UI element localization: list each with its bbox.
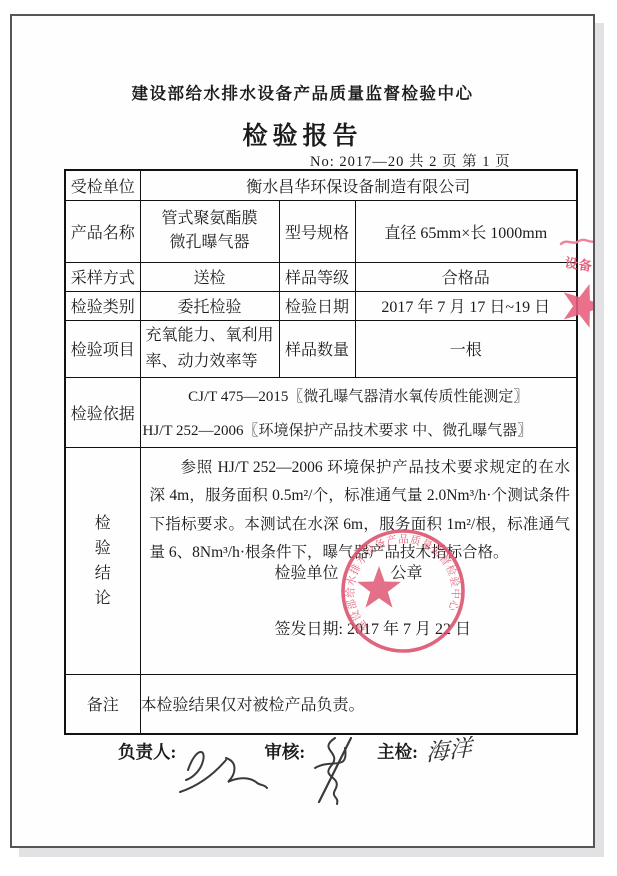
- page-edge-stamp: 设备: [557, 236, 595, 354]
- grade-value: 合格品: [355, 262, 577, 291]
- signature-line: 负责人: 审核: 主检: 海洋: [118, 734, 472, 780]
- table-row: 采样方式 送检 样品等级 合格品: [65, 262, 577, 291]
- basis-label: 检验依据: [65, 377, 140, 447]
- basis-line2: HJ/T 252—2006〖环境保护产品技术要求 中、微孔曝气器〗: [141, 419, 577, 440]
- category-label: 检验类别: [65, 291, 140, 320]
- table-row: 受检单位 衡水昌华环保设备制造有限公司: [65, 170, 577, 200]
- review-signature-icon: [305, 732, 361, 810]
- product-name-value: 管式聚氨酯膜 微孔曝气器: [140, 200, 279, 262]
- chief-signature: 海洋: [426, 731, 472, 771]
- inspection-unit-line: 检验单位公章: [275, 560, 423, 583]
- chief-label: 主检:: [377, 734, 418, 770]
- responsible-label: 负责人:: [118, 734, 176, 770]
- product-name-label: 产品名称: [65, 200, 140, 262]
- category-value: 委托检验: [140, 291, 279, 320]
- spec-label: 型号规格: [279, 200, 355, 262]
- date-value: 2017 年 7 月 17 日~19 日: [355, 291, 577, 320]
- issue-date-line: 签发日期: 2017 年 7 月 22 日: [275, 616, 471, 639]
- spec-value: 直径 65mm×长 1000mm: [355, 200, 577, 262]
- inspected-unit-label: 受检单位: [65, 170, 140, 200]
- sampling-label: 采样方式: [65, 262, 140, 291]
- quantity-label: 样品数量: [279, 320, 355, 377]
- table-row: 检验结论 参照 HJ/T 252—2006 环境保护产品技术要求规定的在水深 4…: [65, 447, 577, 674]
- conclusion-paragraph: 参照 HJ/T 252—2006 环境保护产品技术要求规定的在水深 4m，服务面…: [141, 448, 577, 568]
- items-label: 检验项目: [65, 320, 140, 377]
- seal-note: 公章: [391, 565, 423, 582]
- basis-value: CJ/T 475—2015〖微孔曝气器清水氧传质性能测定〗 HJ/T 252—2…: [140, 377, 577, 447]
- conclusion-cell: 参照 HJ/T 252—2006 环境保护产品技术要求规定的在水深 4m，服务面…: [140, 447, 577, 674]
- report-number: No: 2017—20 共 2 页 第 1 页: [310, 150, 511, 171]
- table-row: 产品名称 管式聚氨酯膜 微孔曝气器 型号规格 直径 65mm×长 1000mm: [65, 200, 577, 262]
- conclusion-label: 检验结论: [65, 447, 140, 674]
- responsible-signature-icon: [174, 736, 270, 798]
- remarks-label: 备注: [65, 674, 140, 734]
- table-row: 检验项目 充氧能力、氧利用率、动力效率等 样品数量 一根: [65, 320, 577, 377]
- review-label: 审核:: [264, 734, 305, 770]
- product-name-line2: 微孔曝气器: [141, 231, 279, 255]
- grade-label: 样品等级: [279, 262, 355, 291]
- report-page: 建设部给水排水设备产品质量监督检验中心 检验报告 No: 2017—20 共 2…: [10, 14, 595, 848]
- edge-stamp-star-icon: [555, 274, 595, 333]
- product-name-line1: 管式聚氨酯膜: [141, 207, 279, 231]
- table-row: 检验类别 委托检验 检验日期 2017 年 7 月 17 日~19 日: [65, 291, 577, 320]
- edge-stamp-text: 设备: [564, 252, 595, 275]
- table-row: 检验依据 CJ/T 475—2015〖微孔曝气器清水氧传质性能测定〗 HJ/T …: [65, 377, 577, 447]
- table-row: 备注 本检验结果仅对被检产品负责。: [65, 674, 577, 734]
- remarks-value: 本检验结果仅对被检产品负责。: [140, 674, 577, 734]
- report-title: 检验报告: [12, 116, 593, 152]
- quantity-value: 一根: [355, 320, 577, 377]
- items-value: 充氧能力、氧利用率、动力效率等: [140, 320, 279, 377]
- report-table: 受检单位 衡水昌华环保设备制造有限公司 产品名称 管式聚氨酯膜 微孔曝气器 型号…: [64, 169, 578, 735]
- basis-line1: CJ/T 475—2015〖微孔曝气器清水氧传质性能测定〗: [141, 385, 577, 406]
- org-title: 建设部给水排水设备产品质量监督检验中心: [12, 80, 593, 104]
- sampling-value: 送检: [140, 262, 279, 291]
- date-label: 检验日期: [279, 291, 355, 320]
- edge-stamp-mark-icon: [559, 236, 595, 248]
- inspected-unit-value: 衡水昌华环保设备制造有限公司: [140, 170, 577, 200]
